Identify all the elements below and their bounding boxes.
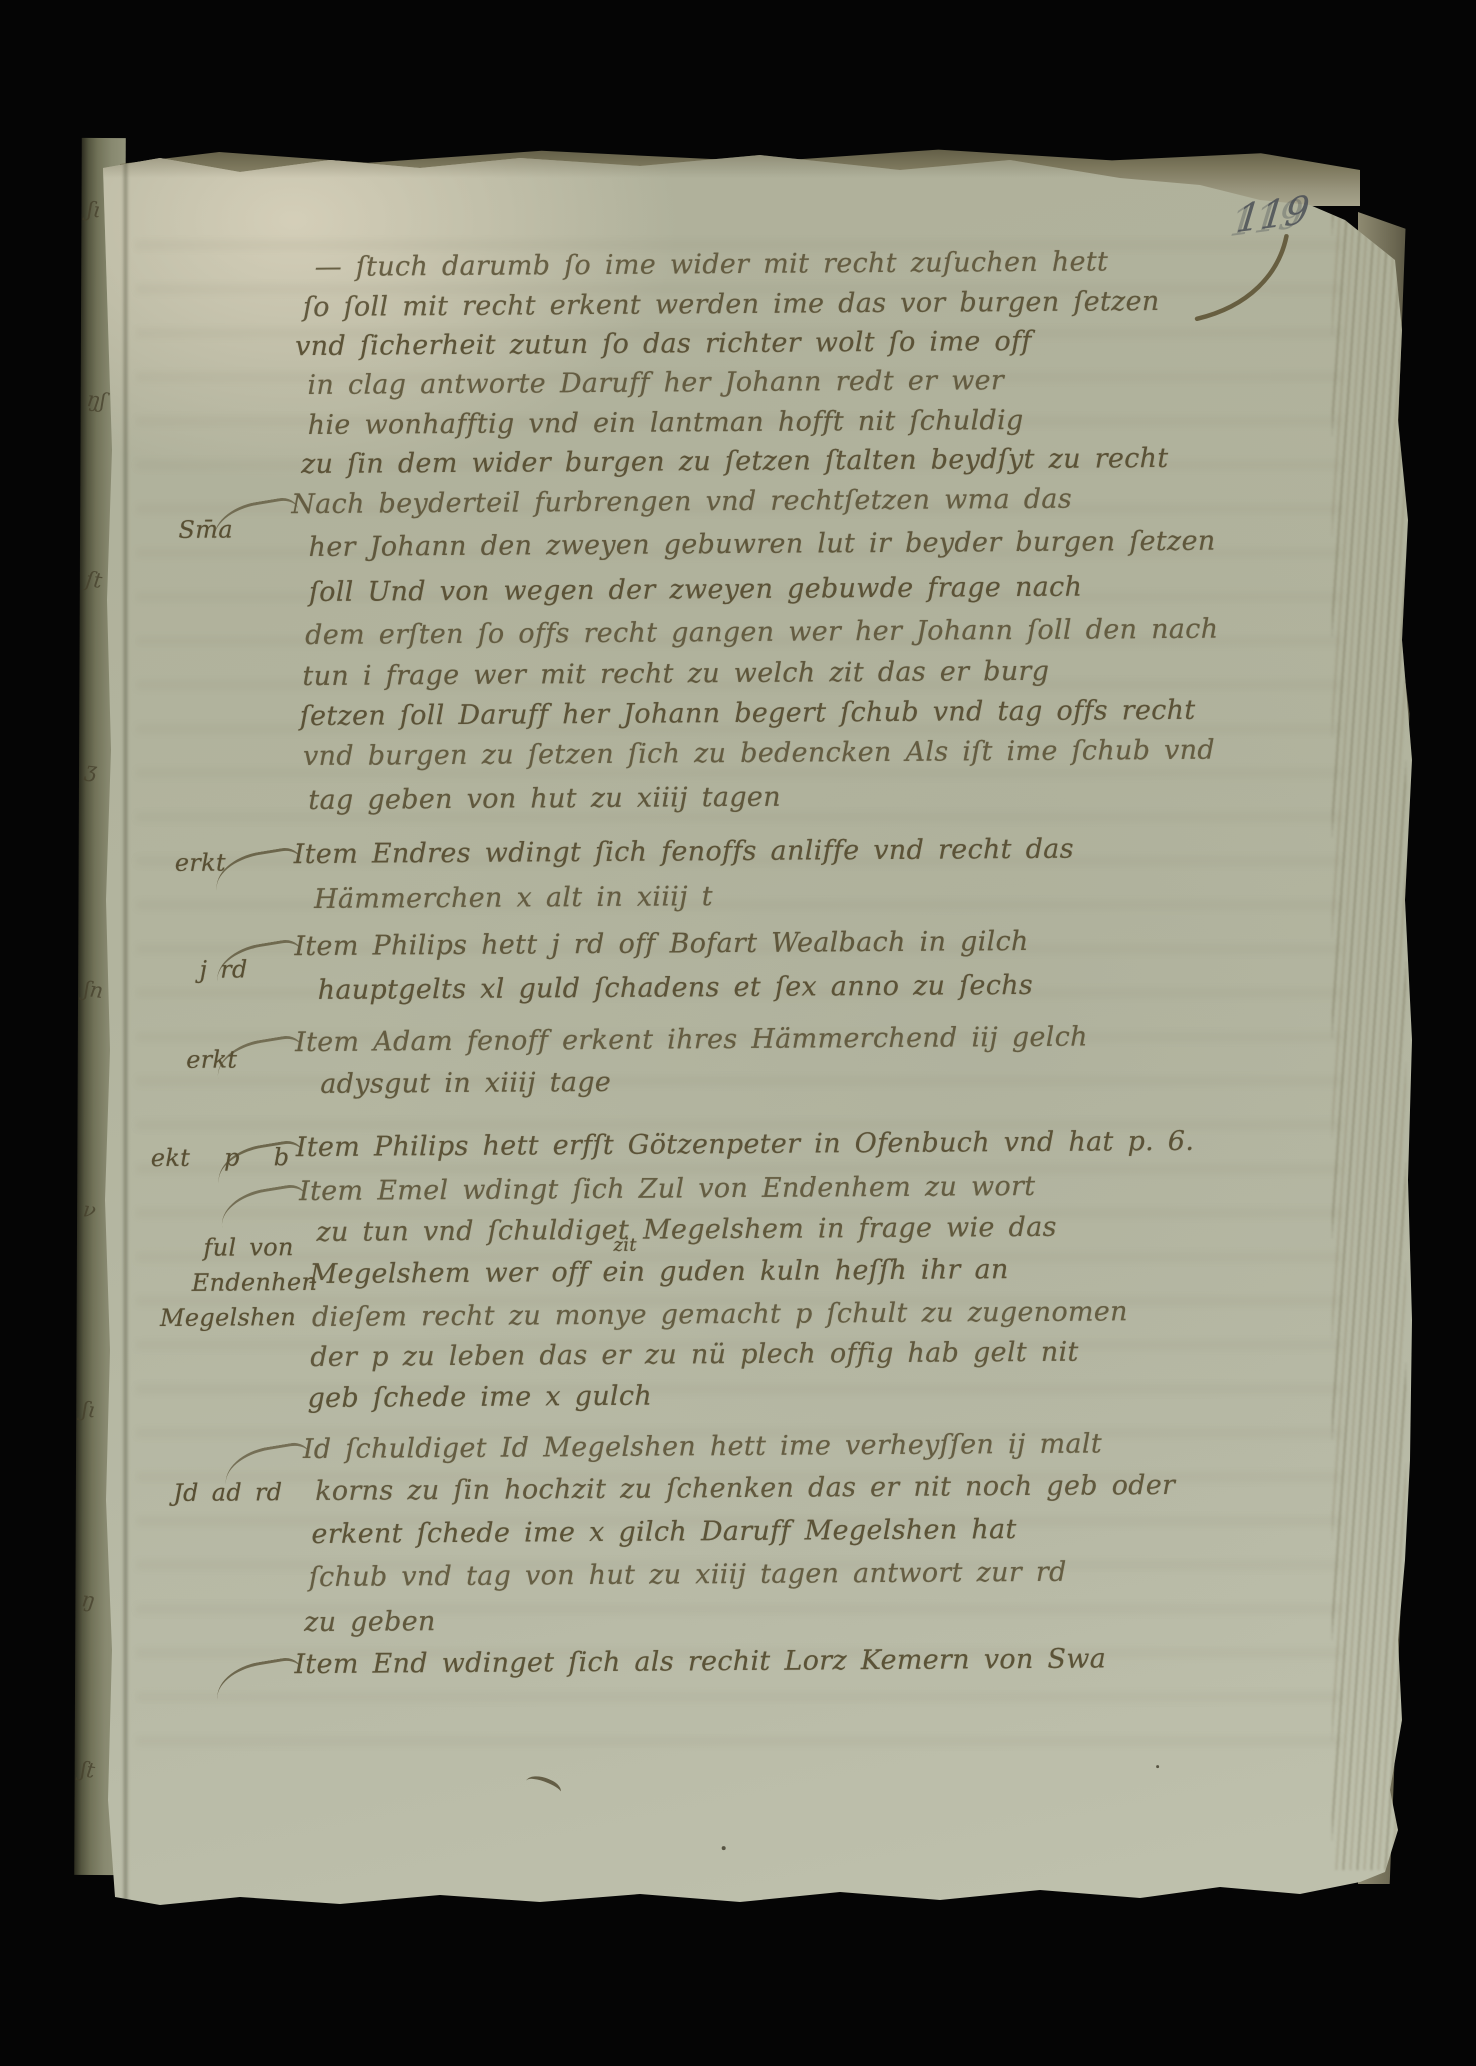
manuscript-line: tun i frage wer mit recht zu welch zit d…: [302, 656, 1049, 692]
margin-note: erkt: [175, 849, 226, 877]
margin-note: Jd ad rd: [173, 1478, 282, 1507]
margin-note: ekt p b: [151, 1143, 290, 1172]
manuscript-line: zu geben: [304, 1606, 436, 1638]
manuscript-line: korns zu ſin hochzit zu ſchenken das er …: [315, 1470, 1175, 1507]
margin-note: j rd: [199, 955, 247, 983]
manuscript-line: zu ſin dem wider burgen zu ſetzen ſtalte…: [301, 443, 1169, 480]
manuscript-line: Item Philips hett erfſt Götzenpeter in O…: [296, 1126, 1195, 1163]
manuscript-line: Hämmerchen x alt in xiiij t: [314, 881, 713, 915]
manuscript-line: dieſem recht zu monye gemacht p ſchult z…: [312, 1296, 1128, 1333]
manuscript-line: Item Endres wdingt ſich fenoffs anliffe …: [294, 834, 1074, 870]
manuscript-line: Megelshem wer off ein guden kuln heſſh i…: [310, 1254, 1009, 1290]
manuscript-line: ſetzen ſoll Daruff her Johann begert ſch…: [300, 695, 1196, 732]
margin-note: ful von: [203, 1233, 293, 1262]
manuscript-line: adysgut in xiiij tage: [320, 1067, 611, 1100]
manuscript-line: vnd ſicherheit zutun ſo das richter wolt…: [295, 326, 1032, 362]
manuscript-line: Nach beyderteil furbrengen vnd rechtſetz…: [291, 484, 1072, 520]
manuscript-line: hie wonhafftig vnd ein lantman hofft nit…: [308, 405, 1024, 441]
margin-note: erkt: [186, 1045, 237, 1073]
manuscript-line: in clag antworte Daruff her Johann redt …: [307, 365, 1004, 401]
manuscript-line: geb ſchede ime x gulch: [307, 1381, 652, 1414]
manuscript-line: ſoll Und von wegen der zweyen gebuwde fr…: [309, 572, 1083, 608]
manuscript-line: vnd burgen zu ſetzen ſich zu bedencken A…: [303, 735, 1215, 772]
manuscript-line: erkent ſchede ime x gilch Daruff Megelsh…: [311, 1514, 1016, 1550]
manuscript-line: ſchub vnd tag von hut zu xiiij tagen ant…: [309, 1557, 1067, 1593]
manuscript-line: Item Emel wdingt ſich Zul von Endenhem z…: [299, 1171, 1036, 1207]
manuscript-line: Item Adam fenoff erkent ihres Hämmerchen…: [295, 1022, 1088, 1059]
manuscript-line: hauptgelts xl guld ſchadens et ſex anno …: [318, 970, 1034, 1006]
ink-speck: [1156, 1765, 1159, 1768]
manuscript-line: dem erſten ſo offs recht gangen wer her …: [305, 614, 1218, 651]
manuscript-line: zu tun vnd ſchuldiget Megelshem in frage…: [316, 1212, 1057, 1248]
ink-layer: 119 — ſtuch darumb ſo ime wider mit rech…: [0, 0, 1476, 2066]
text-lines: — ſtuch darumb ſo ime wider mit recht zu…: [0, 0, 1469, 5]
stray-ink-mark: [523, 1771, 563, 1802]
interlinear-insertion: zit: [613, 1235, 637, 1256]
ink-speck: [722, 1846, 726, 1850]
ink-flourish: [1190, 234, 1301, 335]
manuscript-line: her Johann den zweyen gebuwren lut ir be…: [308, 526, 1215, 563]
manuscript-line: tag geben von hut zu xiiij tagen: [308, 782, 781, 816]
margin-notes: Sm̄aerktj rderktekt p bful vonEndenhenMe…: [0, 0, 1469, 5]
manuscript-line: Id ſchuldiget Id Megelshen hett ime verh…: [303, 1428, 1102, 1465]
manuscript-line: der p zu leben das er zu nü plech offig …: [310, 1337, 1079, 1373]
margin-note: Sm̄a: [178, 516, 233, 544]
margin-note: Megelshen: [160, 1303, 296, 1332]
margin-note: Endenhen: [192, 1268, 318, 1297]
manuscript-line: ſo ſoll mit recht erkent werden ime das …: [303, 286, 1160, 323]
manuscript-line: — ſtuch darumb ſo ime wider mit recht zu…: [315, 246, 1109, 283]
manuscript-line: Item Philips hett j rd off Bofart Wealba…: [294, 926, 1029, 962]
photograph-of-manuscript-page: ʃιŋʃſtʒʃnνʃιŋʃt 119 — ſtuch darumb ſo im…: [0, 0, 1476, 2066]
manuscript-line: Item End wdinget ſich als rechit Lorz Ke…: [294, 1643, 1106, 1680]
